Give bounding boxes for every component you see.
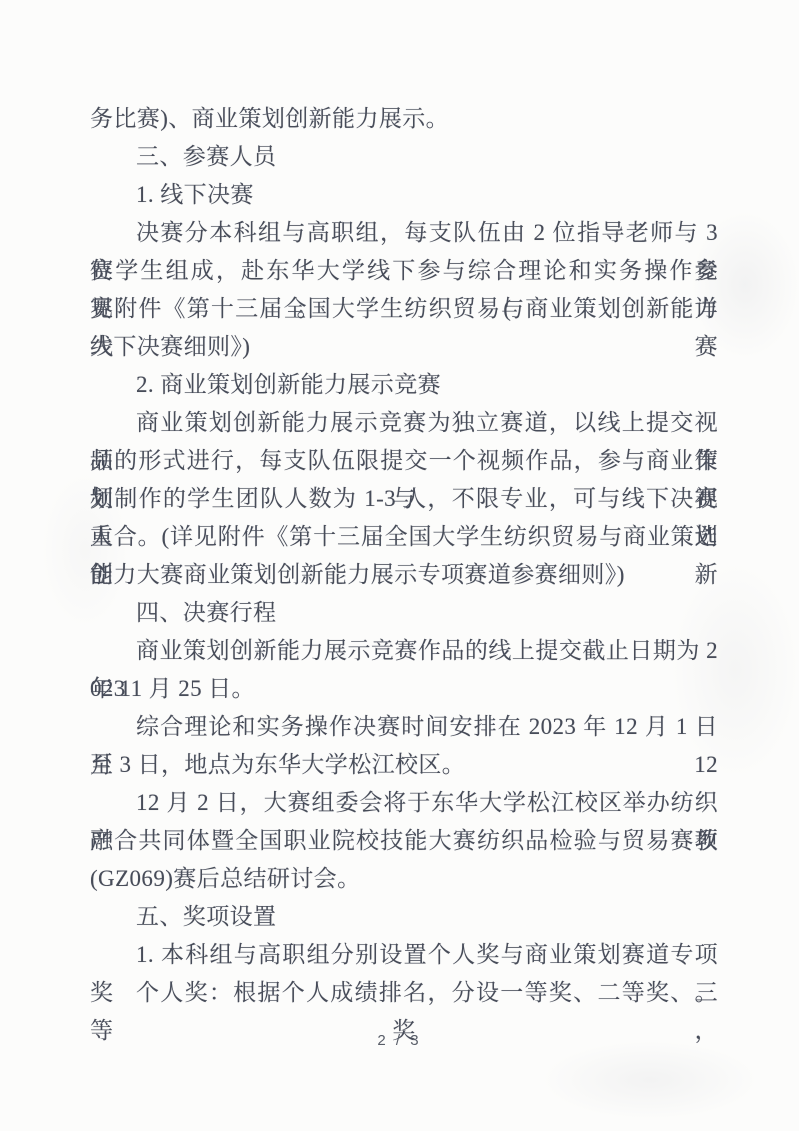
text-line: 个人奖：根据个人成绩排名，分设一等奖、二等奖、三等奖， [90, 974, 718, 1012]
text-line: 1. 本科组与高职组分别设置个人奖与商业策划赛道专项奖。 [90, 936, 718, 974]
text-line: 见附件《第十三届全国大学生纺织贸易与商业策划创新能力大赛 [90, 290, 718, 328]
document-body: 务比赛)、商业策划创新能力展示。三、参赛人员1. 线下决赛决赛分本科组与高职组，… [90, 100, 718, 1012]
text-line: 品的形式进行，每支队伍限提交一个视频作品，参与商业策划与视 [90, 442, 718, 480]
text-line: 务比赛)、商业策划创新能力展示。 [90, 100, 718, 138]
text-line: 赛学生组成，赴东华大学线下参与综合理论和实务操作竞赛。(详 [90, 252, 718, 290]
text-line: 三、参赛人员 [90, 138, 718, 176]
text-line: 频制作的学生团队人数为 1-3 人，不限专业，可与线下决赛人选 [90, 480, 718, 518]
text-line: 1. 线下决赛 [90, 176, 718, 214]
text-line: 商业策划创新能力展示竞赛作品的线上提交截止日期为 2023 [90, 632, 718, 670]
text-line: 12 月 2 日，大赛组委会将于东华大学松江校区举办纺织产教 [90, 784, 718, 822]
text-line: 重合。(详见附件《第十三届全国大学生纺织贸易与商业策划创新 [90, 518, 718, 556]
text-line: 商业策划创新能力展示竞赛为独立赛道，以线上提交视频作 [90, 404, 718, 442]
text-line: 2. 商业策划创新能力展示竞赛 [90, 366, 718, 404]
text-line: 融合共同体暨全国职业院校技能大赛纺织品检验与贸易赛项 [90, 822, 718, 860]
page-number: 2 / 3 [0, 1032, 799, 1049]
text-line: 决赛分本科组与高职组，每支队伍由 2 位指导老师与 3 位参 [90, 214, 718, 252]
text-line: 四、决赛行程 [90, 594, 718, 632]
document-page: 务比赛)、商业策划创新能力展示。三、参赛人员1. 线下决赛决赛分本科组与高职组，… [0, 0, 799, 1131]
text-line: 综合理论和实务操作决赛时间安排在 2023 年 12 月 1 日至 12 [90, 708, 718, 746]
text-line: 能力大赛商业策划创新能力展示专项赛道参赛细则》) [90, 556, 718, 594]
text-line: (GZ069)赛后总结研讨会。 [90, 860, 718, 898]
scan-smudge [540, 1040, 760, 1120]
text-line: 五、奖项设置 [90, 898, 718, 936]
text-line: 年 11 月 25 日。 [90, 670, 718, 708]
